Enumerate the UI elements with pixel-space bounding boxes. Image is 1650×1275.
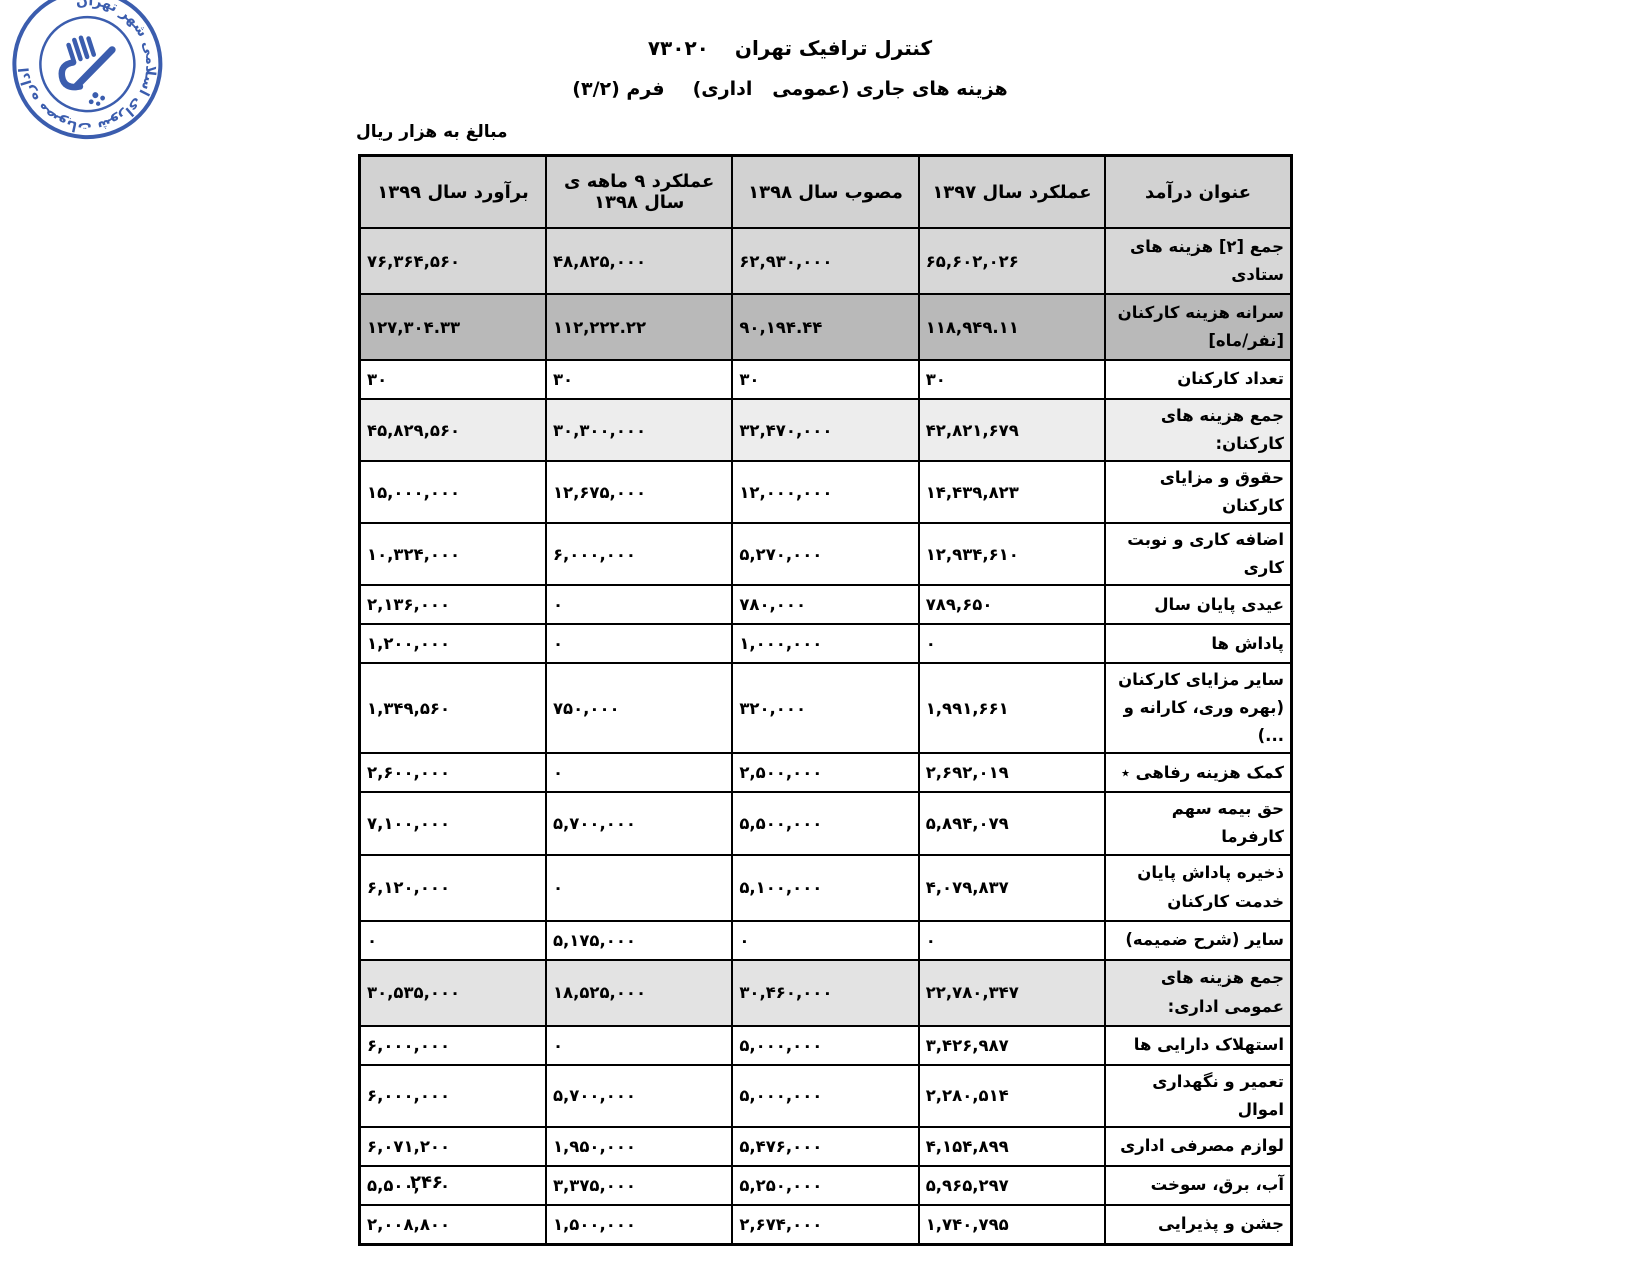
cell-perf-9m-1398: ۵,۱۷۵,۰۰۰ [546,921,732,960]
form-subtitle-line: هزینه های جاری (عمومی اداری) فرم (۳/۲) [572,78,1007,100]
table-row: اضافه کاری و نوبت کاری۱۲,۹۳۴,۶۱۰۵,۲۷۰,۰۰… [360,523,1292,585]
table-row: آب، برق، سوخت۵,۹۶۵,۲۹۷۵,۲۵۰,۰۰۰۳,۳۷۵,۰۰۰… [360,1166,1292,1205]
header-row: عنوان درآمدعملکرد سال ۱۳۹۷مصوب سال ۱۳۹۸ع… [360,156,1292,229]
cell-perf-1397: ۵,۸۹۴,۰۷۹ [919,792,1105,854]
cell-perf-1397: ۰ [919,624,1105,663]
cell-perf-1397: ۱,۷۴۰,۷۹۵ [919,1205,1105,1245]
council-stamp-logo: اداره مصوبات شورای اسلامی شهر تهران [2,0,182,158]
cell-perf-9m-1398: ۶,۰۰۰,۰۰۰ [546,523,732,585]
cell-estimate-1399: ۶,۰۰۰,۰۰۰ [360,1026,546,1065]
cell-perf-9m-1398: ۰ [546,1026,732,1065]
column-header: عملکرد ۹ ماهه ی سال ۱۳۹۸ [546,156,732,229]
cell-estimate-1399: ۲,۰۰۸,۸۰۰ [360,1205,546,1245]
row-label: کمک هزینه رفاهی ٭ [1105,753,1291,792]
cell-perf-9m-1398: ۰ [546,624,732,663]
form-subtitle: هزینه های جاری (عمومی اداری) [693,78,1008,100]
row-label: جمع هزینه های عمومی اداری: [1105,960,1291,1026]
cell-approved-1398: ۵,۲۵۰,۰۰۰ [732,1166,918,1205]
row-label: اضافه کاری و نوبت کاری [1105,523,1291,585]
table-row: حقوق و مزایای کارکنان۱۴,۴۳۹,۸۲۳۱۲,۰۰۰,۰۰… [360,461,1292,523]
cell-approved-1398: ۵,۵۰۰,۰۰۰ [732,792,918,854]
cell-perf-9m-1398: ۵,۷۰۰,۰۰۰ [546,792,732,854]
cell-estimate-1399: ۱۵,۰۰۰,۰۰۰ [360,461,546,523]
cell-estimate-1399: ۲,۶۰۰,۰۰۰ [360,753,546,792]
row-label: تعداد کارکنان [1105,360,1291,399]
cell-estimate-1399: ۲,۱۳۶,۰۰۰ [360,585,546,624]
table-row: استهلاک دارایی ها۳,۴۲۶,۹۸۷۵,۰۰۰,۰۰۰۰۶,۰۰… [360,1026,1292,1065]
table-row: حق بیمه سهم کارفرما۵,۸۹۴,۰۷۹۵,۵۰۰,۰۰۰۵,۷… [360,792,1292,854]
cell-approved-1398: ۱,۰۰۰,۰۰۰ [732,624,918,663]
cell-estimate-1399: ۶,۰۰۰,۰۰۰ [360,1065,546,1127]
cell-perf-9m-1398: ۰ [546,855,732,921]
cell-perf-1397: ۷۸۹,۶۵۰ [919,585,1105,624]
table-row: سایر (شرح ضمیمه)۰۰۵,۱۷۵,۰۰۰۰ [360,921,1292,960]
unit-note: مبالغ به هزار ریال [356,122,508,142]
row-label: پاداش ها [1105,624,1291,663]
cell-approved-1398: ۰ [732,921,918,960]
cell-estimate-1399: ۱۲۷,۳۰۴.۳۳ [360,294,546,360]
cell-approved-1398: ۲,۶۷۴,۰۰۰ [732,1205,918,1245]
cell-perf-1397: ۱۴,۴۳۹,۸۲۳ [919,461,1105,523]
row-label: حق بیمه سهم کارفرما [1105,792,1291,854]
table-row: جشن و پذیرایی۱,۷۴۰,۷۹۵۲,۶۷۴,۰۰۰۱,۵۰۰,۰۰۰… [360,1205,1292,1245]
cell-perf-1397: ۴,۰۷۹,۸۳۷ [919,855,1105,921]
cell-perf-1397: ۲۲,۷۸۰,۳۴۷ [919,960,1105,1026]
org-code: ۷۳۰۲۰ [648,36,709,60]
cell-perf-1397: ۱,۹۹۱,۶۶۱ [919,663,1105,753]
cell-perf-1397: ۶۵,۶۰۲,۰۲۶ [919,228,1105,294]
table-row: جمع هزینه های عمومی اداری:۲۲,۷۸۰,۳۴۷۳۰,۴… [360,960,1292,1026]
cell-approved-1398: ۳۰ [732,360,918,399]
cell-perf-1397: ۲,۶۹۲,۰۱۹ [919,753,1105,792]
table-row: جمع [۲] هزینه های ستادی۶۵,۶۰۲,۰۲۶۶۲,۹۳۰,… [360,228,1292,294]
cell-approved-1398: ۹۰,۱۹۴.۴۴ [732,294,918,360]
cell-estimate-1399: ۷۶,۳۶۴,۵۶۰ [360,228,546,294]
column-header: عملکرد سال ۱۳۹۷ [919,156,1105,229]
expense-table-head: عنوان درآمدعملکرد سال ۱۳۹۷مصوب سال ۱۳۹۸ع… [360,156,1292,229]
cell-estimate-1399: ۰ [360,921,546,960]
cell-perf-9m-1398: ۳۰ [546,360,732,399]
cell-estimate-1399: ۶,۰۷۱,۲۰۰ [360,1127,546,1166]
cell-perf-9m-1398: ۴۸,۸۲۵,۰۰۰ [546,228,732,294]
cell-estimate-1399: ۱,۲۰۰,۰۰۰ [360,624,546,663]
cell-perf-9m-1398: ۵,۷۰۰,۰۰۰ [546,1065,732,1127]
table-row: لوازم مصرفی اداری۴,۱۵۴,۸۹۹۵,۴۷۶,۰۰۰۱,۹۵۰… [360,1127,1292,1166]
cell-perf-9m-1398: ۰ [546,753,732,792]
table-row: ذخیره پاداش پایان خدمت کارکنان۴,۰۷۹,۸۳۷۵… [360,855,1292,921]
cell-approved-1398: ۵,۰۰۰,۰۰۰ [732,1065,918,1127]
table-row: پاداش ها۰۱,۰۰۰,۰۰۰۰۱,۲۰۰,۰۰۰ [360,624,1292,663]
cell-estimate-1399: ۳۰ [360,360,546,399]
page-number: ۲۴۶ [410,1172,443,1193]
cell-perf-9m-1398: ۳۰,۳۰۰,۰۰۰ [546,399,732,461]
cell-approved-1398: ۳۰,۴۶۰,۰۰۰ [732,960,918,1026]
row-label: لوازم مصرفی اداری [1105,1127,1291,1166]
cell-approved-1398: ۵,۰۰۰,۰۰۰ [732,1026,918,1065]
row-label: آب، برق، سوخت [1105,1166,1291,1205]
row-label: سایر مزایای کارکنان (بهره وری، کارانه و … [1105,663,1291,753]
cell-perf-9m-1398: ۱,۹۵۰,۰۰۰ [546,1127,732,1166]
page-header: ۷۳۰۲۰ کنترل ترافیک تهران هزینه های جاری … [572,36,1007,100]
cell-perf-1397: ۳۰ [919,360,1105,399]
cell-approved-1398: ۷۸۰,۰۰۰ [732,585,918,624]
cell-estimate-1399: ۱۰,۳۲۴,۰۰۰ [360,523,546,585]
cell-perf-9m-1398: ۳,۳۷۵,۰۰۰ [546,1166,732,1205]
row-label: جمع هزینه های کارکنان: [1105,399,1291,461]
form-number-label: فرم (۳/۲) [572,78,664,100]
cell-estimate-1399: ۱,۳۴۹,۵۶۰ [360,663,546,753]
cell-perf-9m-1398: ۱۸,۵۲۵,۰۰۰ [546,960,732,1026]
cell-perf-1397: ۱۱۸,۹۴۹.۱۱ [919,294,1105,360]
table-row: کمک هزینه رفاهی ٭۲,۶۹۲,۰۱۹۲,۵۰۰,۰۰۰۰۲,۶۰… [360,753,1292,792]
table-row: تعمیر و نگهداری اموال۲,۲۸۰,۵۱۴۵,۰۰۰,۰۰۰۵… [360,1065,1292,1127]
row-label: ذخیره پاداش پایان خدمت کارکنان [1105,855,1291,921]
column-header: مصوب سال ۱۳۹۸ [732,156,918,229]
cell-perf-1397: ۴۲,۸۲۱,۶۷۹ [919,399,1105,461]
cell-approved-1398: ۵,۴۷۶,۰۰۰ [732,1127,918,1166]
column-header: برآورد سال ۱۳۹۹ [360,156,546,229]
table-row: سرانه هزینه کارکنان [نفر/ماه]۱۱۸,۹۴۹.۱۱۹… [360,294,1292,360]
row-label: استهلاک دارایی ها [1105,1026,1291,1065]
cell-estimate-1399: ۳۰,۵۳۵,۰۰۰ [360,960,546,1026]
row-label: جمع [۲] هزینه های ستادی [1105,228,1291,294]
column-header: عنوان درآمد [1105,156,1291,229]
cell-perf-9m-1398: ۱۱۲,۲۲۲.۲۲ [546,294,732,360]
row-label: سایر (شرح ضمیمه) [1105,921,1291,960]
org-name: کنترل ترافیک تهران [735,36,932,60]
cell-approved-1398: ۳۲,۴۷۰,۰۰۰ [732,399,918,461]
cell-estimate-1399: ۷,۱۰۰,۰۰۰ [360,792,546,854]
cell-perf-9m-1398: ۰ [546,585,732,624]
cell-perf-1397: ۵,۹۶۵,۲۹۷ [919,1166,1105,1205]
page-title: ۷۳۰۲۰ کنترل ترافیک تهران [572,36,1007,60]
table-row: جمع هزینه های کارکنان:۴۲,۸۲۱,۶۷۹۳۲,۴۷۰,۰… [360,399,1292,461]
cell-approved-1398: ۲,۵۰۰,۰۰۰ [732,753,918,792]
table-row: تعداد کارکنان۳۰۳۰۳۰۳۰ [360,360,1292,399]
cell-perf-9m-1398: ۱۲,۶۷۵,۰۰۰ [546,461,732,523]
cell-perf-9m-1398: ۱,۵۰۰,۰۰۰ [546,1205,732,1245]
row-label: عیدی پایان سال [1105,585,1291,624]
row-label: جشن و پذیرایی [1105,1205,1291,1245]
cell-perf-1397: ۰ [919,921,1105,960]
cell-perf-9m-1398: ۷۵۰,۰۰۰ [546,663,732,753]
cell-estimate-1399: ۵,۵۰۰,۰۰۰ [360,1166,546,1205]
row-label: حقوق و مزایای کارکنان [1105,461,1291,523]
cell-approved-1398: ۳۲۰,۰۰۰ [732,663,918,753]
row-label: تعمیر و نگهداری اموال [1105,1065,1291,1127]
expense-table-body: جمع [۲] هزینه های ستادی۶۵,۶۰۲,۰۲۶۶۲,۹۳۰,… [360,228,1292,1244]
cell-approved-1398: ۵,۱۰۰,۰۰۰ [732,855,918,921]
expense-table: عنوان درآمدعملکرد سال ۱۳۹۷مصوب سال ۱۳۹۸ع… [358,154,1293,1246]
cell-perf-1397: ۳,۴۲۶,۹۸۷ [919,1026,1105,1065]
cell-perf-1397: ۱۲,۹۳۴,۶۱۰ [919,523,1105,585]
cell-perf-1397: ۴,۱۵۴,۸۹۹ [919,1127,1105,1166]
row-label: سرانه هزینه کارکنان [نفر/ماه] [1105,294,1291,360]
cell-estimate-1399: ۶,۱۲۰,۰۰۰ [360,855,546,921]
table-row: عیدی پایان سال۷۸۹,۶۵۰۷۸۰,۰۰۰۰۲,۱۳۶,۰۰۰ [360,585,1292,624]
table-row: سایر مزایای کارکنان (بهره وری، کارانه و … [360,663,1292,753]
cell-approved-1398: ۶۲,۹۳۰,۰۰۰ [732,228,918,294]
cell-estimate-1399: ۴۵,۸۲۹,۵۶۰ [360,399,546,461]
cell-approved-1398: ۵,۲۷۰,۰۰۰ [732,523,918,585]
cell-perf-1397: ۲,۲۸۰,۵۱۴ [919,1065,1105,1127]
cell-approved-1398: ۱۲,۰۰۰,۰۰۰ [732,461,918,523]
